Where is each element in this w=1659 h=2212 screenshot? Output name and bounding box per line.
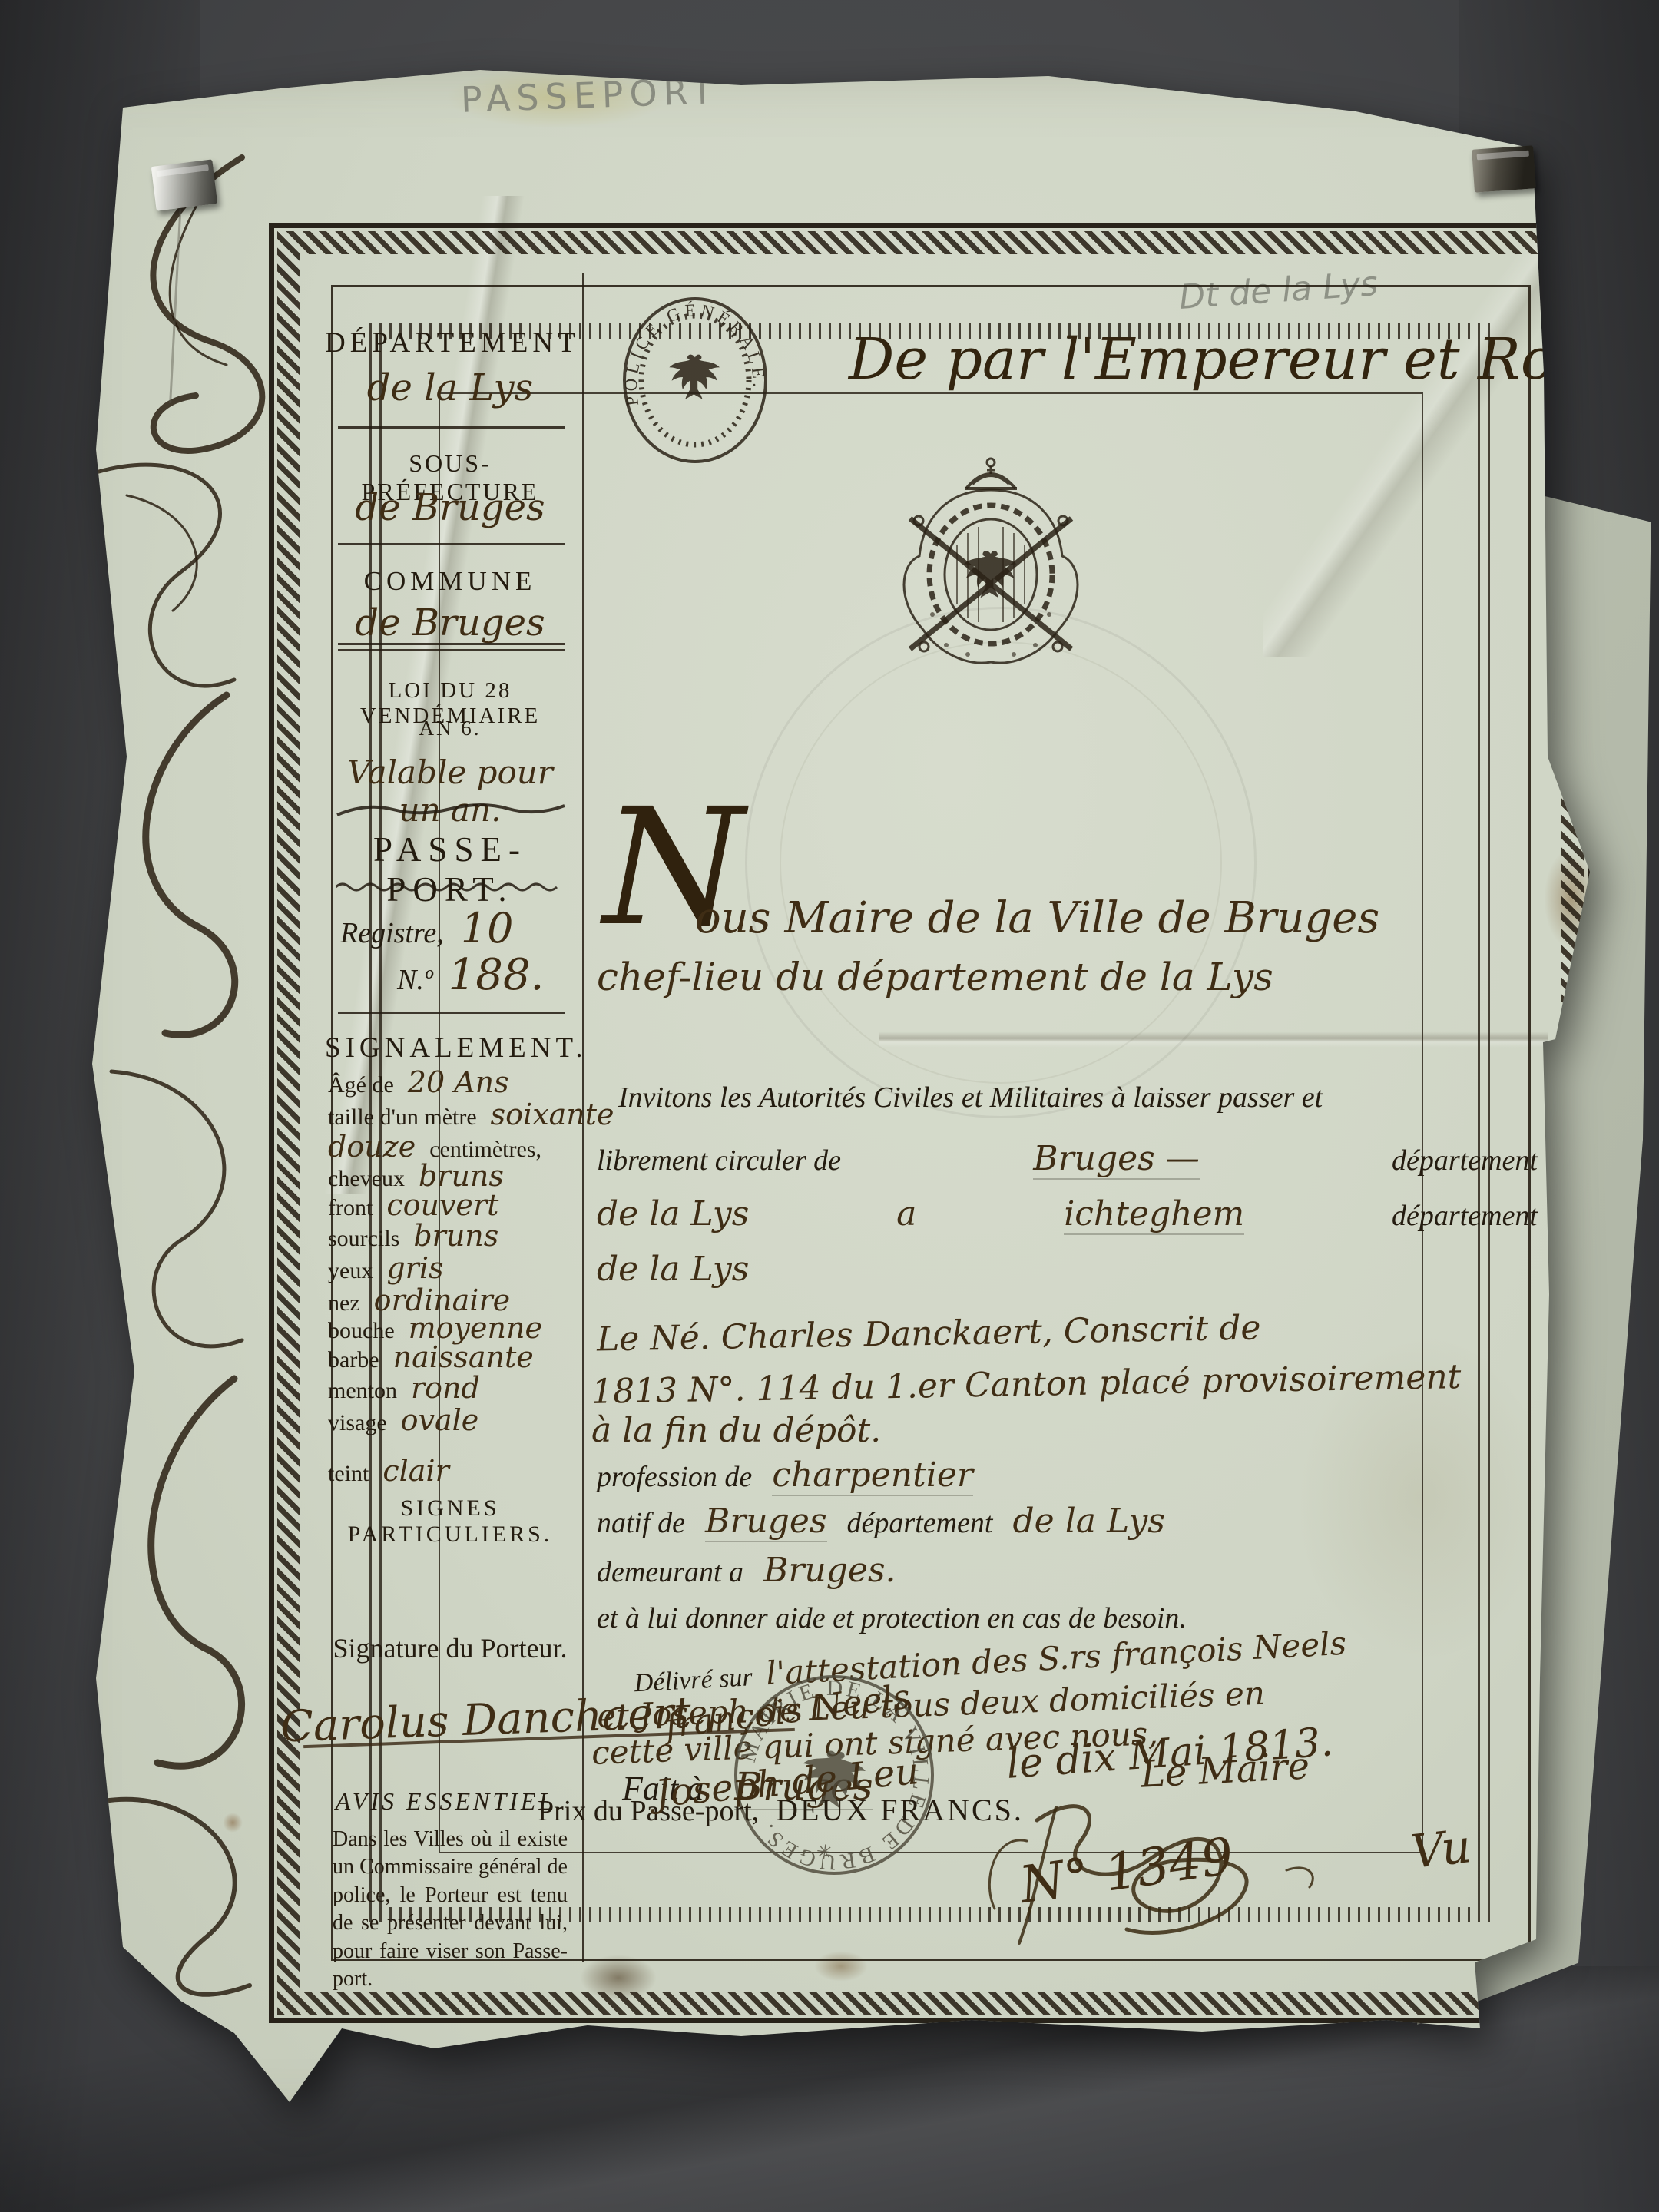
passport-document: PASSEPORT Dt de la Lys DÉPARTEMENT de la… [50, 65, 1659, 2131]
registre-line: Registre, 10 [340, 904, 513, 952]
demeurant-value: Bruges. [763, 1551, 896, 1590]
rule [338, 1012, 565, 1014]
row-value: clair [382, 1454, 449, 1488]
invitons-line: Invitons les Autorités Civiles et Milita… [618, 1081, 1323, 1114]
protection-line: et à lui donner aide et protection en ca… [597, 1601, 1187, 1635]
row-label: visage [328, 1410, 387, 1436]
metal-clip-left [151, 159, 217, 210]
departement-word: département [1392, 1144, 1538, 1177]
commune-value: de Bruges [325, 601, 575, 644]
row-value: ovale [401, 1403, 479, 1437]
salutation-line1: ous Maire de la Ville de Bruges [695, 893, 1379, 943]
imperial-motto: De par l'Empereur et Roi. [849, 326, 1509, 392]
profession-label: profession de [597, 1460, 752, 1494]
numero-label: N.º [397, 963, 433, 997]
passeport-title: PASSE-PORT. [325, 829, 575, 909]
photo-backdrop: PASSEPORT Dt de la Lys DÉPARTEMENT de la… [0, 0, 1659, 2212]
demeurant-label: demeurant a [597, 1555, 743, 1589]
row-label: menton [328, 1378, 397, 1404]
route-to-line: de la Lys a ichteghem département [597, 1194, 1538, 1235]
natif-value: Bruges [705, 1502, 827, 1542]
sous-prefecture-value: de Bruges [325, 486, 575, 529]
lys-line2: de la Lys [597, 1250, 749, 1289]
natif-label: natif de [597, 1506, 685, 1540]
lys-value: de la Lys [597, 1194, 749, 1233]
signes-particuliers-title: SIGNES PARTICULIERS. [325, 1495, 575, 1548]
row-label: sourcils [328, 1226, 399, 1252]
imperial-coat-of-arms [876, 453, 1106, 707]
numero-value: 188. [449, 950, 545, 1000]
row-label: yeux [328, 1258, 373, 1284]
metal-clip-right [1472, 145, 1536, 192]
profession-value: charpentier [772, 1455, 973, 1496]
row-label: barbe [328, 1347, 379, 1373]
salutation-line2: chef-lieu du département de la Lys [597, 955, 1273, 999]
row-value: couvert [386, 1188, 498, 1222]
rule [338, 643, 565, 645]
from-city-value: Bruges — [1033, 1139, 1199, 1180]
route-from-line: librement circuler de Bruges — départeme… [597, 1139, 1538, 1180]
vu-annotation: Vu [1409, 1820, 1474, 1879]
loi-line2: AN 6. [325, 717, 575, 740]
ink-flourish [50, 111, 303, 2016]
natif-lys-value: de la Lys [1013, 1502, 1165, 1541]
row-value: gris [386, 1251, 443, 1285]
row-value: bruns [413, 1219, 498, 1253]
registre-label: Registre, [340, 916, 444, 950]
row-value: naissante [393, 1340, 534, 1374]
librement-label: librement circuler de [597, 1144, 841, 1177]
pencil-annotation-passeport: PASSEPORT [460, 70, 720, 121]
a-word: a [896, 1194, 916, 1233]
departement-word: département [847, 1506, 993, 1540]
commune-label: COMMUNE [325, 566, 575, 597]
profession-line: profession de charpentier [597, 1455, 973, 1496]
rule [338, 426, 565, 429]
row-label: Âgé de [328, 1072, 394, 1098]
rosette-icon: ✳ [815, 1840, 834, 1864]
demeurant-line: demeurant a Bruges. [597, 1551, 896, 1590]
brace-divider [336, 801, 566, 820]
numero-line: N.º 188. [397, 950, 544, 1000]
row-label: front [328, 1195, 373, 1221]
row-label: teint [328, 1461, 369, 1487]
row-value: 20 Ans [408, 1065, 509, 1099]
signalement-title: SIGNALEMENT. [325, 1031, 575, 1065]
row-label: taille d'un mètre [328, 1104, 477, 1131]
row-value: rond [411, 1371, 480, 1405]
rule [338, 649, 565, 651]
registre-value: 10 [461, 904, 514, 952]
conscrit-line3: à la fin du dépôt. [591, 1411, 881, 1450]
natif-line: natif de Bruges département de la Lys [597, 1502, 1165, 1542]
row-value: soixante [491, 1098, 614, 1131]
to-city-value: ichteghem [1064, 1194, 1244, 1235]
departement-value: de la Lys [325, 366, 575, 409]
departement-label: DÉPARTEMENT [325, 326, 575, 359]
wavy-divider [336, 881, 566, 893]
departement-word: département [1392, 1199, 1538, 1233]
signature-porteur-label: Signature du Porteur. [325, 1632, 575, 1664]
police-generale-stamp: POLICE GÉNÉRALE. [620, 294, 770, 466]
rule [338, 543, 565, 545]
avis-body: Dans les Villes où il existe un Commissa… [333, 1826, 568, 1993]
